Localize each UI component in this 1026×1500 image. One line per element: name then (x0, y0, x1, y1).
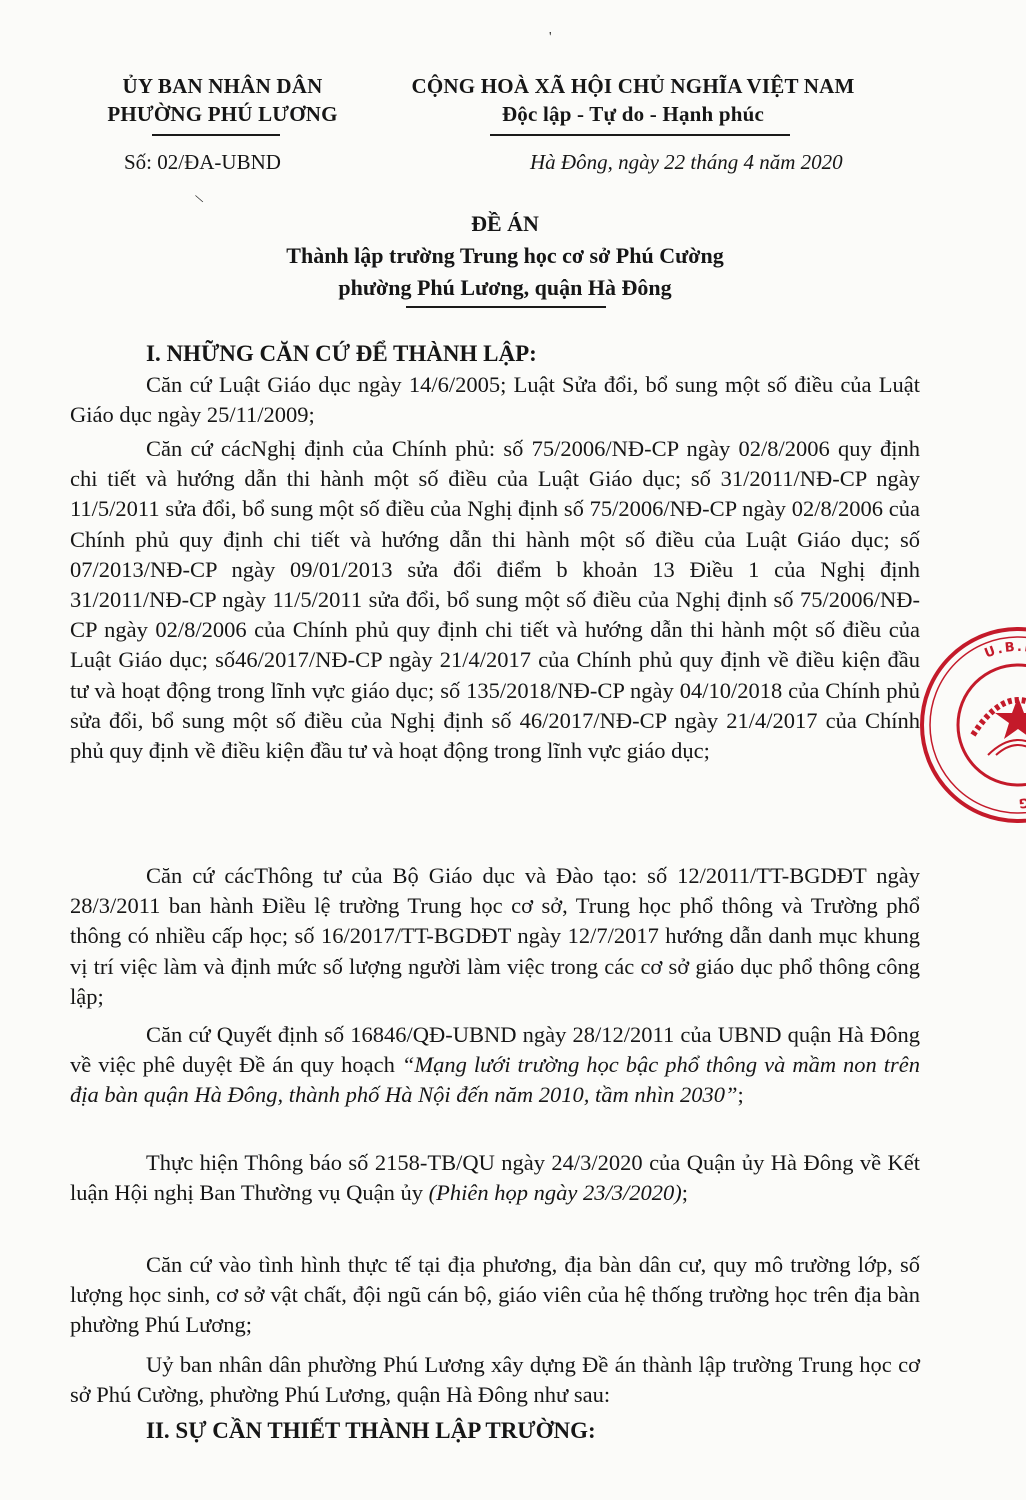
title-line-2: phường Phú Lương, quận Hà Đông (200, 272, 810, 304)
section-heading-2: II. SỰ CẦN THIẾT THÀNH LẬP TRƯỜNG: (146, 1418, 596, 1444)
issuing-agency: ỦY BAN NHÂN DÂN PHƯỜNG PHÚ LƯƠNG (70, 72, 375, 128)
agency-line-1: ỦY BAN NHÂN DÂN (70, 72, 375, 100)
scan-mark: \ (194, 192, 205, 208)
place-and-date: Hà Đông, ngày 22 tháng 4 năm 2020 (530, 150, 843, 175)
paragraph-4: Căn cứ Quyết định số 16846/QĐ-UBND ngày … (70, 1020, 920, 1111)
motto-underline (490, 134, 790, 136)
section-heading-1: I. NHỮNG CĂN CỨ ĐỂ THÀNH LẬP: (146, 341, 537, 367)
paragraph-2: Căn cứ cácNghị định của Chính phủ: số 75… (70, 434, 920, 766)
official-stamp: U.B.N.D PHƯỜNG PHÚ LƯƠNG (918, 625, 1026, 825)
paragraph-5-end: ; (682, 1180, 688, 1205)
document-title: ĐỀ ÁN Thành lập trường Trung học cơ sở P… (200, 208, 810, 304)
title-line-1: Thành lập trường Trung học cơ sở Phú Cườ… (200, 240, 810, 272)
document-type: ĐỀ ÁN (200, 208, 810, 240)
paragraph-5: Thực hiện Thông báo số 2158-TB/QU ngày 2… (70, 1148, 920, 1208)
stamp-seal-icon: U.B.N.D PHƯỜNG PHÚ LƯƠNG (918, 625, 1026, 825)
paragraph-3: Căn cứ cácThông tư của Bộ Giáo dục và Đà… (70, 861, 920, 1012)
paragraph-7: Uỷ ban nhân dân phường Phú Lương xây dựn… (70, 1350, 920, 1410)
title-underline (406, 306, 606, 308)
document-number: Số: 02/ĐA-UBND (124, 150, 281, 175)
motto-line-1: CỘNG HOÀ XÃ HỘI CHỦ NGHĨA VIỆT NAM (378, 72, 888, 100)
national-motto: CỘNG HOÀ XÃ HỘI CHỦ NGHĨA VIỆT NAM Độc l… (378, 72, 888, 128)
paragraph-5-note: (Phiên họp ngày 23/3/2020) (429, 1180, 682, 1205)
agency-underline (152, 134, 280, 136)
paragraph-1: Căn cứ Luật Giáo dục ngày 14/6/2005; Luậ… (70, 370, 920, 430)
paragraph-4-end: ; (738, 1082, 744, 1107)
motto-line-2: Độc lập - Tự do - Hạnh phúc (378, 100, 888, 128)
document-page: ' ỦY BAN NHÂN DÂN PHƯỜNG PHÚ LƯƠNG CỘNG … (0, 0, 1026, 1500)
scan-speck: ' (549, 30, 552, 46)
paragraph-6: Căn cứ vào tình hình thực tế tại địa phư… (70, 1250, 920, 1341)
agency-line-2: PHƯỜNG PHÚ LƯƠNG (70, 100, 375, 128)
